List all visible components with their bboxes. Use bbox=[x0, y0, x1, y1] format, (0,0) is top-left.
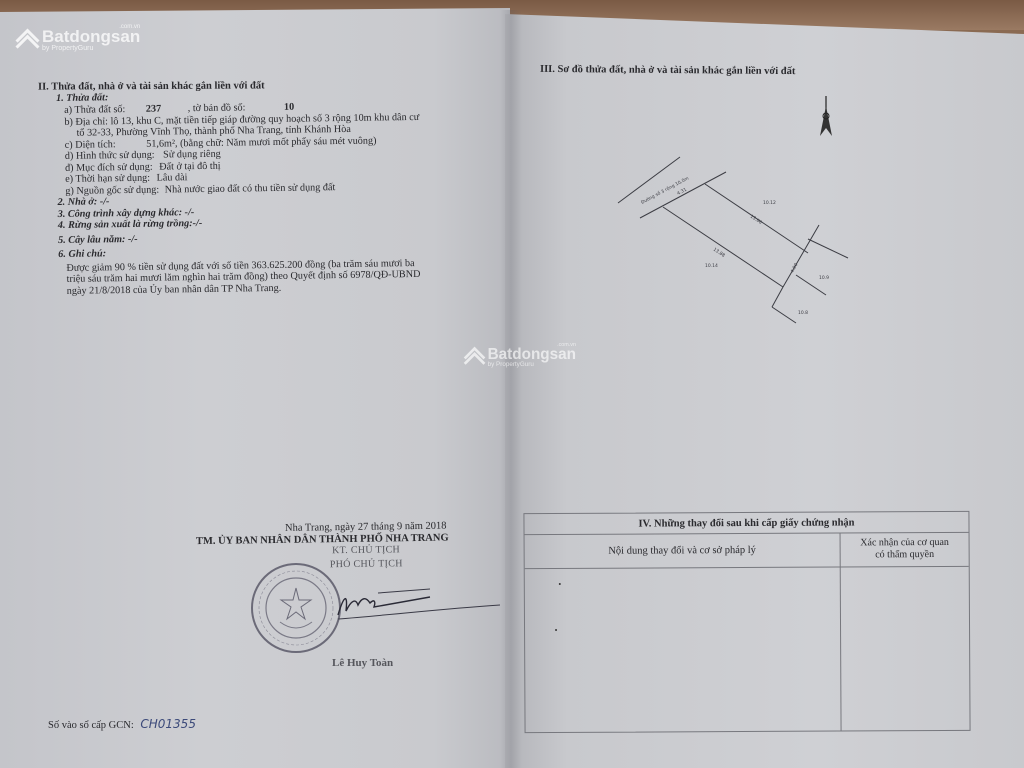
column-authority-line-2: có thẩm quyền bbox=[841, 549, 969, 562]
map-number: 10 bbox=[284, 101, 294, 112]
watermark-center: Batdongsan .com.vn by PropertyGuru bbox=[464, 346, 576, 368]
change-content-cell bbox=[525, 568, 842, 733]
column-authority-line-1: Xác nhận của cơ quan bbox=[841, 537, 969, 550]
column-authority-confirmation: Xác nhận của cơ quan có thẩm quyền bbox=[841, 533, 969, 567]
north-arrow-icon bbox=[817, 96, 835, 138]
changes-table: IV. Những thay đổi sau khi cấp giấy chứn… bbox=[523, 511, 970, 733]
changes-table-body bbox=[525, 567, 970, 732]
section-3-title: III. Sơ đồ thửa đất, nhà ở và tài sản kh… bbox=[540, 64, 795, 77]
column-change-content: Nội dung thay đổi và cơ sở pháp lý bbox=[525, 534, 841, 569]
watermark-sub: by PropertyGuru bbox=[42, 45, 140, 52]
note-text: Được giảm 90 % tiền sử dụng đất với số t… bbox=[58, 256, 498, 297]
south-edge-length: 13.88 bbox=[712, 247, 726, 259]
dot-mark bbox=[559, 583, 561, 585]
neighbor-10-12: 10.12 bbox=[763, 200, 776, 206]
registry-value: CH01355 bbox=[140, 717, 196, 731]
changes-table-header: Nội dung thay đổi và cơ sở pháp lý Xác n… bbox=[525, 533, 969, 569]
origin-value: Nhà nước giao đất có thu tiền sử dụng đấ… bbox=[165, 182, 336, 195]
section-2-body: 1. Thửa đất: a) Thửa đất số: 237 , tờ bả… bbox=[56, 87, 499, 297]
north-edge-length: 13.66 bbox=[749, 214, 763, 226]
watermark-brand: Batdongsan bbox=[42, 28, 140, 45]
neighbor-10-8: 10.8 bbox=[798, 310, 808, 316]
batdongsan-logo-icon bbox=[464, 347, 484, 367]
usage-form-label: d) Hình thức sử dụng: bbox=[65, 150, 155, 162]
watermark-sub: by PropertyGuru bbox=[488, 362, 576, 368]
page-spine bbox=[500, 10, 522, 768]
signature-block: Nha Trang, ngày 27 tháng 9 năm 2018 TM. … bbox=[196, 520, 497, 572]
purpose-label: đ) Mục đích sử dụng: bbox=[65, 161, 153, 173]
neighbor-10-9: 10.9 bbox=[819, 275, 829, 281]
parcel-diagram: Đường số 3 rộng 10,0m 4.31 13.66 13.88 4… bbox=[610, 155, 860, 325]
area-label: c) Diện tích: bbox=[65, 139, 116, 151]
watermark-brand: Batdongsan bbox=[488, 346, 576, 361]
watermark-top: Batdongsan .com.vn by PropertyGuru bbox=[16, 28, 140, 52]
watermark-tld: .com.vn bbox=[119, 24, 140, 30]
batdongsan-logo-icon bbox=[16, 29, 38, 51]
term-value: Lâu dài bbox=[157, 172, 188, 183]
signature-icon bbox=[330, 585, 500, 625]
official-seal-icon bbox=[250, 562, 342, 654]
usage-form-value: Sử dụng riêng bbox=[163, 149, 221, 161]
dot-mark bbox=[555, 629, 557, 631]
registry-number-row: Số vào sổ cấp GCN: CH01355 bbox=[48, 717, 196, 731]
purpose-value: Đất ở tại đô thị bbox=[159, 160, 221, 172]
watermark-tld: .com.vn bbox=[557, 343, 576, 348]
origin-label: g) Nguồn gốc sử dụng: bbox=[65, 184, 159, 196]
neighbor-10-14: 10.14 bbox=[705, 263, 718, 269]
authority-cell bbox=[841, 567, 970, 731]
section-4-title: IV. Những thay đổi sau khi cấp giấy chứn… bbox=[524, 512, 968, 535]
registry-label: Số vào sổ cấp GCN: bbox=[48, 720, 134, 731]
back-edge-length: 4.00 bbox=[789, 262, 799, 274]
term-label: e) Thời hạn sử dụng: bbox=[65, 173, 150, 185]
signer-name: Lê Huy Toàn bbox=[332, 657, 393, 669]
address-label: b) Địa chỉ: bbox=[64, 116, 108, 128]
